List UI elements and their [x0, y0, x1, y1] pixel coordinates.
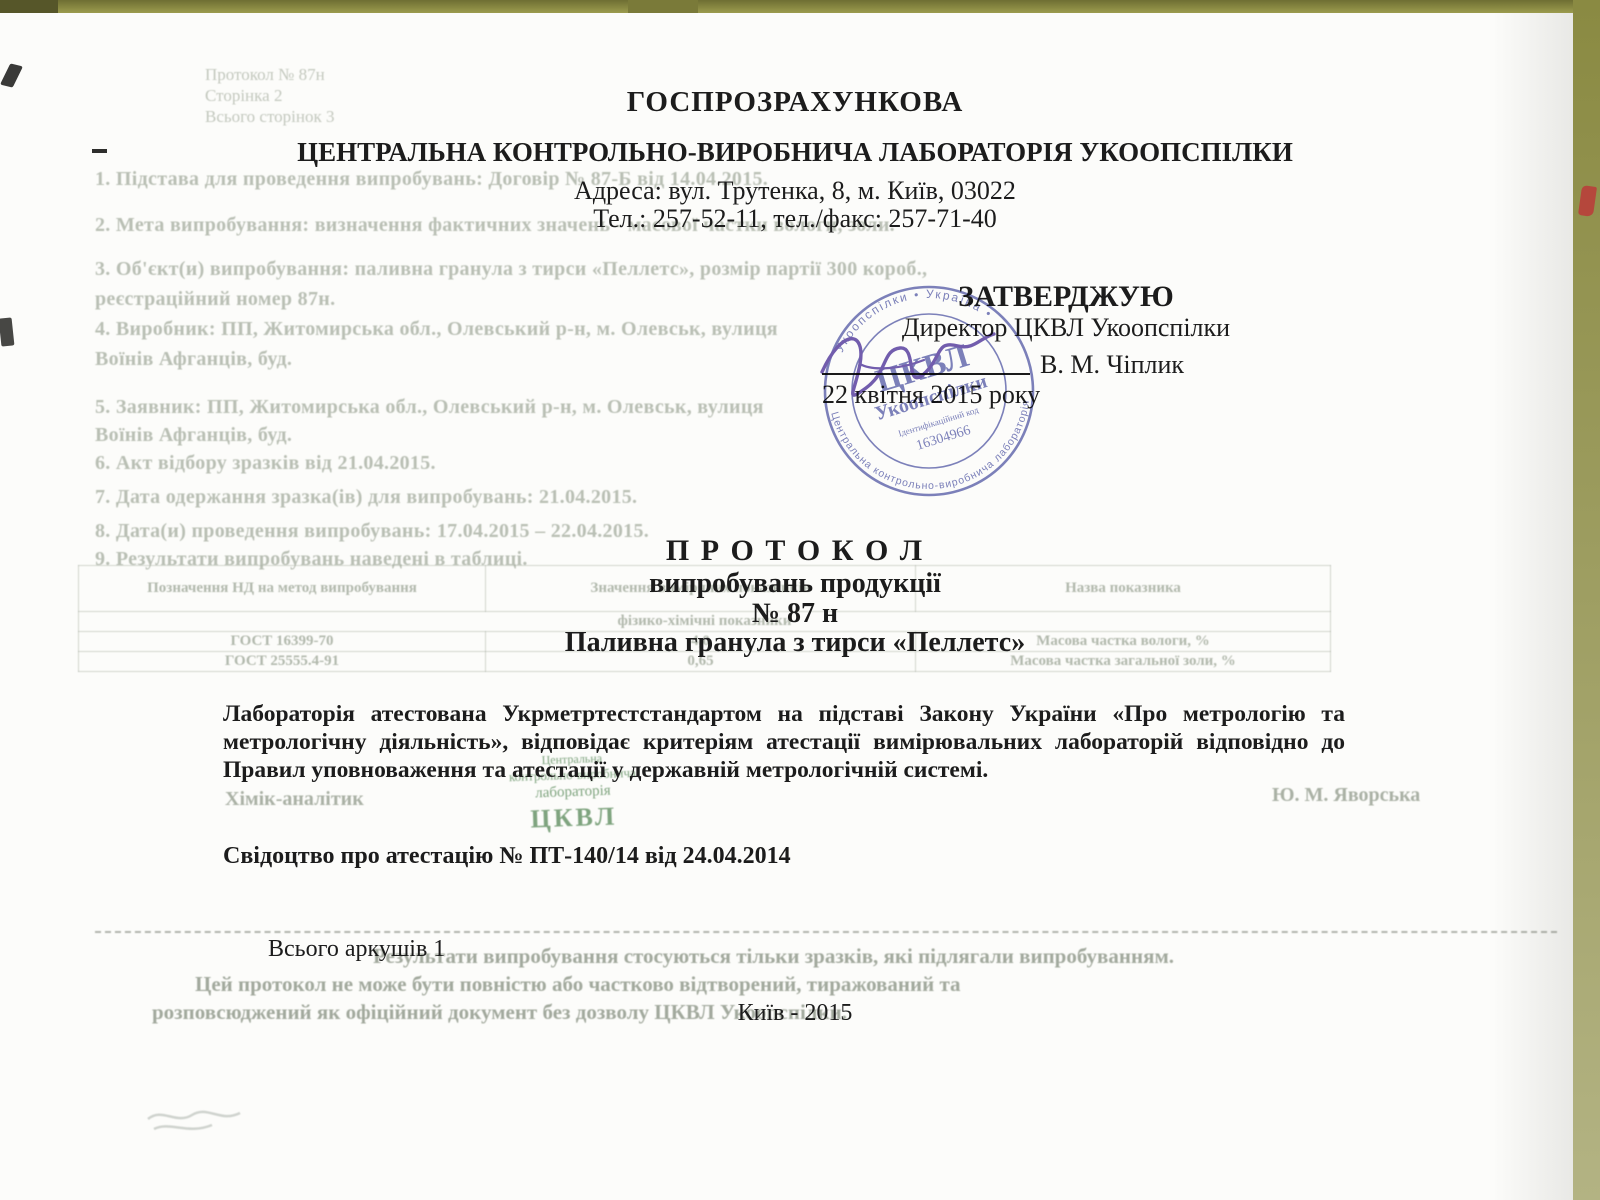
ghost-item: Воїнів Афганців, буд. [95, 348, 292, 371]
ghost-item: Воїнів Афганців, буд. [95, 424, 292, 447]
city-year: Київ - 2015 [0, 1000, 1590, 1027]
protocol-subtitle: випробувань продукції [0, 568, 1590, 600]
attestation-paragraph: Лабораторія атестована Укрметртестстанда… [223, 700, 1345, 784]
org-name-heading: ЦЕНТРАЛЬНА КОНТРОЛЬНО-ВИРОБНИЧА ЛАБОРАТО… [0, 137, 1590, 168]
certificate-line: Свідоцтво про атестацію № ПТ-140/14 від … [223, 843, 791, 870]
scanner-edge-top-dark [628, 0, 698, 13]
pencil-squiggle [140, 1085, 250, 1140]
ghost-footer-line: Результати випробування стосуються тільк… [373, 944, 1174, 969]
sheets-total: Всього аркушів 1 [268, 936, 445, 963]
scanner-edge-top [0, 0, 1600, 13]
protocol-number: № 87 н [0, 598, 1590, 630]
ghost-footer-line: Цей протокол не може бути повністю або ч… [195, 972, 961, 997]
scan-speck [92, 149, 107, 153]
round-stamp: Укоопспілки • Україна • Центральна контр… [808, 276, 1050, 510]
ghost-item: реєстраційний номер 87н. [95, 288, 335, 311]
ghost-signature-left: Хімік-аналітик [225, 788, 364, 811]
product-name: Паливна гранула з тирси «Пеллетс» [0, 627, 1590, 659]
ghost-item: 5. Заявник: ПП, Житомирська обл., Олевсь… [95, 396, 764, 419]
scanner-edge-top-dark [0, 0, 58, 13]
org-address: Адреса: вул. Трутенка, 8, м. Київ, 03022 [0, 176, 1590, 206]
ghost-signature-right: Ю. М. Яворська [1272, 784, 1420, 807]
ghost-green-line: ЦКВЛ [468, 798, 679, 838]
ghost-dashed-rule [95, 931, 1557, 933]
director-name: В. М. Чіплик [1040, 350, 1184, 380]
paper-edge-shadow [1492, 0, 1573, 1200]
org-phone: Тел.: 257-52-11, тел./факс: 257-71-40 [0, 204, 1590, 234]
org-type-heading: ГОСПРОЗРАХУНКОВА [0, 86, 1590, 119]
scanned-protocol-page: Протокол № 87н Сторінка 2 Всього сторіно… [0, 0, 1600, 1200]
ghost-item: 6. Акт відбору зразків від 21.04.2015. [95, 452, 436, 475]
ghost-item: 4. Виробник: ПП, Житомирська обл., Олевс… [95, 318, 778, 341]
ghost-protocol-number: Протокол № 87н [205, 64, 335, 85]
protocol-title: П Р О Т О К О Л [0, 534, 1590, 568]
ghost-item: 3. Об'єкт(и) випробування: паливна грану… [95, 258, 927, 281]
scanner-edge-right [1573, 0, 1600, 1200]
ghost-item: 7. Дата одержання зразка(ів) для випробу… [95, 486, 637, 509]
